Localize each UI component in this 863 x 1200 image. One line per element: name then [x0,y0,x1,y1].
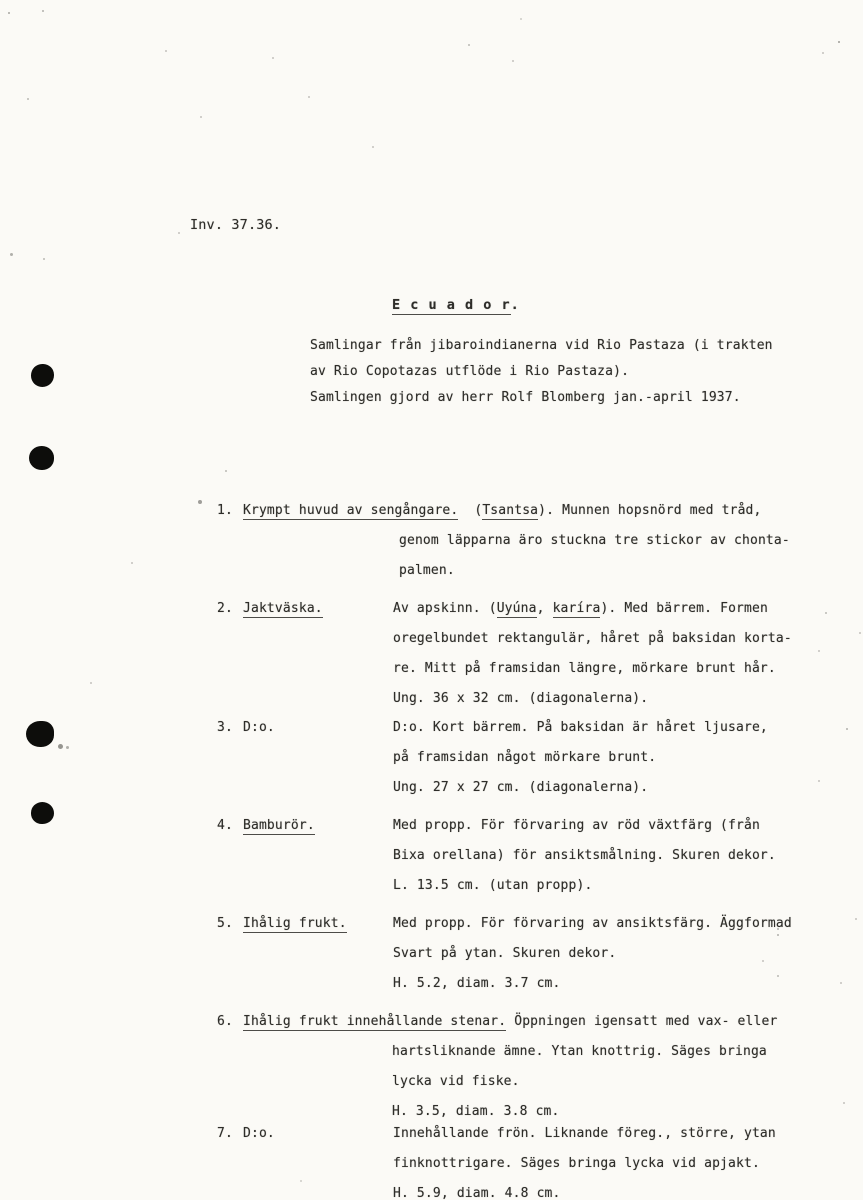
speck [822,52,824,54]
text-segment: Innehållande frön. Liknande föreg., stör… [393,1126,776,1141]
ink-dot [31,364,54,387]
speck [818,650,820,652]
speck [840,982,842,984]
intro-line: av Rio Copotazas utflöde i Rio Pastaza). [310,364,629,379]
item-desc-line: re. Mitt på framsidan längre, mörkare br… [393,661,776,676]
text-segment: Med propp. För förvaring av ansiktsfärg.… [393,916,792,931]
item-desc-line: Bixa orellana) för ansiktsmålning. Skure… [393,848,776,863]
item-desc-line: Ung. 27 x 27 cm. (diagonalerna). [393,780,648,795]
text-segment: re. Mitt på framsidan längre, mörkare br… [393,661,776,676]
text-segment: H. 5.2, diam. 3.7 cm. [393,976,561,991]
text-segment: L. 13.5 cm. (utan propp). [393,878,592,893]
underlined-text: Krympt huvud av sengångare. [243,503,458,520]
underlined-text: Ihålig frukt. [243,916,347,933]
item-term: Krympt huvud av sengångare. (Tsantsa). M… [243,503,762,518]
speck [846,728,848,730]
inventory-number: Inv. 37.36. [190,217,281,233]
item-term: Bamburör. [243,818,315,833]
intro-line: Samlingar från jibaroindianerna vid Rio … [310,338,773,353]
text-segment: ). Munnen hopsnörd med tråd, [538,503,761,518]
item-desc-line: lycka vid fiske. [392,1074,520,1089]
speck [58,744,63,749]
ink-dot [31,802,54,824]
page-title-text: E c u a d o r [392,297,511,315]
item-term: Ihålig frukt. [243,916,347,931]
ink-dot [26,721,54,747]
page-title-period: . [511,297,520,313]
text-segment: Av apskinn. ( [393,601,497,616]
item-desc-line: L. 13.5 cm. (utan propp). [393,878,592,893]
item-desc-line: på framsidan något mörkare brunt. [393,750,656,765]
speck [838,41,840,43]
text-segment: hartsliknande ämne. Ytan knottrig. Säges… [392,1044,767,1059]
speck [90,682,92,684]
item-number: 6. [217,1014,233,1029]
speck [198,500,202,504]
speck [777,934,779,936]
speck [200,116,202,118]
item-number: 4. [217,818,233,833]
text-segment: H. 5.9, diam. 4.8 cm. [393,1186,561,1200]
item-term: D:o. [243,1126,275,1141]
text-segment: finknottrigare. Säges bringa lycka vid a… [393,1156,760,1171]
item-term: Jaktväska. [243,601,323,616]
text-segment: oregelbundet rektangulär, håret på baksi… [393,631,792,646]
text-segment: Ung. 27 x 27 cm. (diagonalerna). [393,780,648,795]
speck [10,253,13,256]
text-segment: D:o. [243,720,275,735]
item-desc-line: Av apskinn. (Uyúna, karíra). Med bärrem.… [393,601,768,616]
text-segment: D:o. Kort bärrem. På baksidan är håret l… [393,720,768,735]
item-term: D:o. [243,720,275,735]
page-title: E c u a d o r. [392,297,520,313]
item-number: 7. [217,1126,233,1141]
item-desc-line: Med propp. För förvaring av ansiktsfärg.… [393,916,792,931]
item-desc-line: finknottrigare. Säges bringa lycka vid a… [393,1156,760,1171]
item-number: 2. [217,601,233,616]
item-desc-line: H. 5.2, diam. 3.7 cm. [393,976,561,991]
text-segment: Med propp. För förvaring av röd växtfärg… [393,818,760,833]
text-segment: Bixa orellana) för ansiktsmålning. Skure… [393,848,776,863]
text-segment: genom läpparna äro stuckna tre stickor a… [399,533,790,548]
item-desc-line: palmen. [399,563,455,578]
speck [777,928,779,930]
scanned-document-page: Inv. 37.36. E c u a d o r. Samlingar frå… [0,0,863,1200]
item-desc-line: H. 3.5, diam. 3.8 cm. [392,1104,560,1119]
speck [777,975,779,977]
speck [825,612,827,614]
item-desc-line: Svart på ytan. Skuren dekor. [393,946,616,961]
speck [43,258,45,260]
speck [308,96,310,98]
speck [468,44,470,46]
underlined-text: Ihålig frukt innehållande stenar. [243,1014,506,1031]
speck [859,632,861,634]
speck [178,232,180,234]
text-segment: D:o. [243,1126,275,1141]
speck [843,1102,845,1104]
item-desc-line: Innehållande frön. Liknande föreg., stör… [393,1126,776,1141]
item-desc-line: Med propp. För förvaring av röd växtfärg… [393,818,760,833]
item-desc-line: hartsliknande ämne. Ytan knottrig. Säges… [392,1044,767,1059]
speck [66,746,69,749]
underlined-text: Uyúna [497,601,537,618]
underlined-text: karíra [553,601,601,618]
speck [855,918,857,920]
speck [818,780,820,782]
speck [272,57,274,59]
item-desc-line: genom läpparna äro stuckna tre stickor a… [399,533,790,548]
item-number: 1. [217,503,233,518]
text-segment: Ung. 36 x 32 cm. (diagonalerna). [393,691,648,706]
item-number: 3. [217,720,233,735]
text-segment: Svart på ytan. Skuren dekor. [393,946,616,961]
intro-line: Samlingen gjord av herr Rolf Blomberg ja… [310,390,741,405]
text-segment: Öppningen igensatt med vax- eller [506,1014,777,1029]
speck [225,470,227,472]
speck [8,12,10,14]
ink-dot [29,446,54,470]
speck [131,562,133,564]
speck [27,98,29,100]
item-desc-line: oregelbundet rektangulär, håret på baksi… [393,631,792,646]
speck [165,50,167,52]
speck [762,960,764,962]
speck [512,60,514,62]
text-segment: på framsidan något mörkare brunt. [393,750,656,765]
text-segment: palmen. [399,563,455,578]
text-segment: H. 3.5, diam. 3.8 cm. [392,1104,560,1119]
speck [42,10,44,12]
text-segment: , [537,601,553,616]
item-number: 5. [217,916,233,931]
item-desc-line: D:o. Kort bärrem. På baksidan är håret l… [393,720,768,735]
text-segment: ( [458,503,482,518]
underlined-text: Jaktväska. [243,601,323,618]
speck [372,146,374,148]
text-segment: ). Med bärrem. Formen [600,601,768,616]
text-segment: lycka vid fiske. [392,1074,520,1089]
item-term: Ihålig frukt innehållande stenar. Öppnin… [243,1014,777,1029]
underlined-text: Tsantsa [482,503,538,520]
speck [520,18,522,20]
item-desc-line: H. 5.9, diam. 4.8 cm. [393,1186,561,1200]
item-desc-line: Ung. 36 x 32 cm. (diagonalerna). [393,691,648,706]
speck [300,1180,302,1182]
underlined-text: Bamburör. [243,818,315,835]
